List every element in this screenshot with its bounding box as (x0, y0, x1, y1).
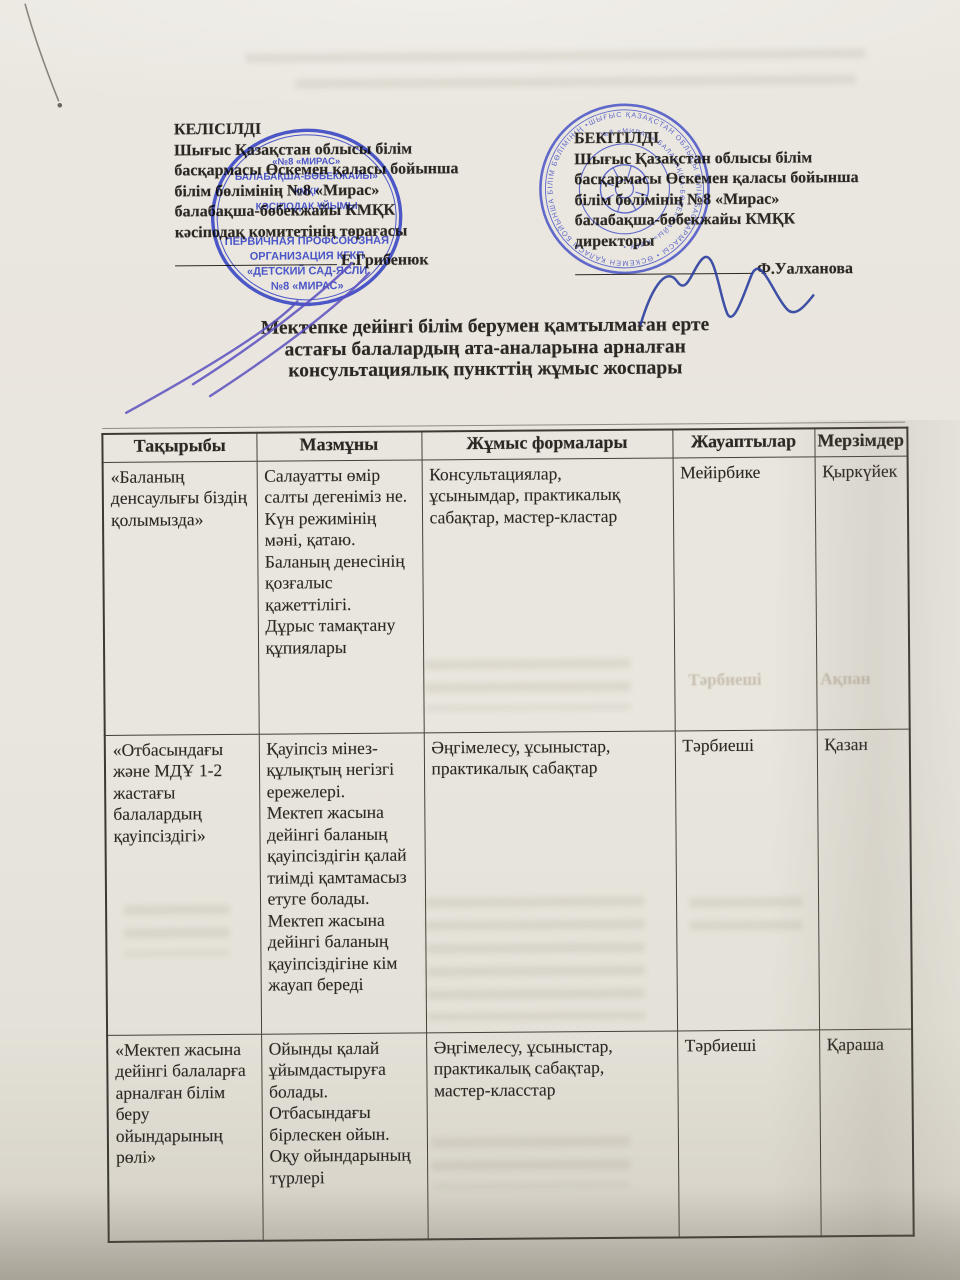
cell-content: Ойынды қалай ұйымдастыруға болады. Отбас… (261, 1032, 428, 1240)
bleedthrough-smudge (245, 49, 865, 70)
header-topic: Тақырыбы (102, 433, 256, 462)
table-row: «Отбасындағы және МДҰ 1-2 жастағы балала… (105, 729, 912, 1035)
work-plan-table-wrap: Тақырыбы Мазмұны Жұмыс формалары Жауапты… (101, 427, 914, 1243)
cell-forms: Әңгімелесу, ұсыныстар, практикалық сабақ… (424, 730, 677, 1032)
stamp-arc-text: КМҚК (294, 186, 320, 197)
cell-term: Қазан (817, 729, 912, 1030)
paper-sheet: Тәрбиеші Ақпан КЕЛІСІЛДІ Шығыс Қазақстан… (0, 0, 960, 1280)
photographed-document: { "document": { "approval_left": { "head… (0, 0, 960, 1280)
signature-stroke (640, 256, 814, 325)
cell-term: Қараша (819, 1029, 914, 1237)
header-content: Мазмұны (256, 431, 421, 460)
table-row: «Мектеп жасына дейінгі балаларға арналға… (107, 1029, 914, 1242)
header-work-forms: Жұмыс формалары (421, 429, 672, 459)
stamp-emblem (592, 156, 657, 221)
cell-responsible: Тәрбиеші (675, 729, 819, 1030)
photo-background: Тәрбиеші Ақпан КЕЛІСІЛДІ Шығыс Қазақстан… (0, 0, 960, 1280)
cell-topic: «Отбасындағы және МДҰ 1-2 жастағы балала… (105, 734, 261, 1035)
work-plan-table: Тақырыбы Мазмұны Жұмыс формалары Жауапты… (101, 427, 914, 1243)
stamp-arc-text: КӘСІПОДАҚ ҰЙЫМЫ (255, 199, 357, 213)
cell-responsible: Мейірбике (673, 456, 817, 730)
table-row: «Баланың денсаулығы біздің қолымызда» Са… (103, 456, 910, 735)
hair-artifact (0, 3, 86, 119)
bleedthrough-smudge (296, 75, 856, 97)
header-term: Мерзімдер (814, 428, 907, 457)
handwritten-signature-right (615, 235, 836, 347)
cell-forms: Әңгімелесу, ұсыныстар, практикалық сабақ… (426, 1030, 679, 1239)
cell-content: Салауатты өмір салты дегеніміз не. Күн р… (257, 459, 424, 733)
cell-content: Қауіпсіз мінез-құлықтың негізгі ережелер… (259, 732, 426, 1033)
header-responsible: Жауаптылар (672, 428, 814, 457)
cell-topic: «Баланың денсаулығы біздің қолымызда» (103, 461, 259, 735)
handwritten-signature-left (97, 220, 419, 433)
stamp-arc-text: «№8 «МИРАС» (272, 156, 340, 168)
cell-responsible: Тәрбиеші (677, 1029, 821, 1237)
cell-forms: Консультациялар, ұсынымдар, практикалық … (422, 457, 675, 732)
stamp-arc-text: БАЛАБАҚША-БӨБЕКЖАЙЫ» (235, 169, 378, 183)
cell-term: Қыркүйек (815, 456, 910, 730)
cell-topic: «Мектеп жасына дейінгі балаларға арналға… (107, 1034, 263, 1242)
